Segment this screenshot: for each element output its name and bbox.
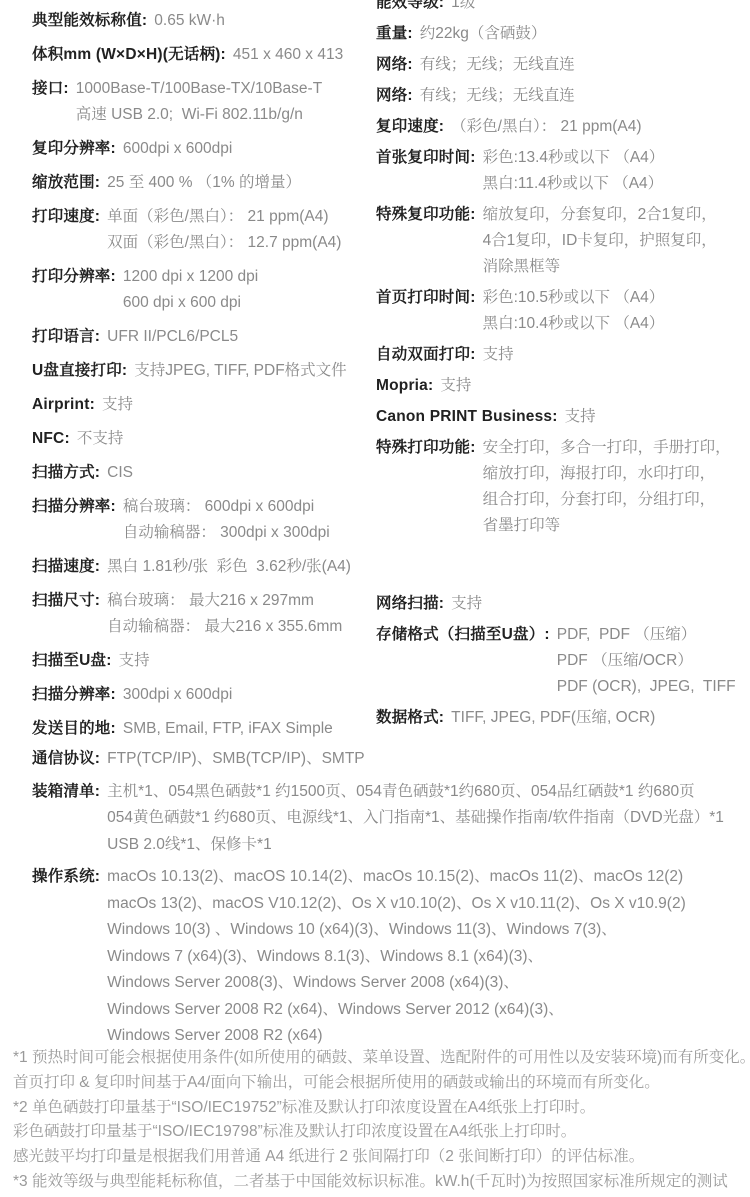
spec-label: 特殊打印功能:	[376, 435, 476, 461]
spec-value-line: 彩色:10.5秒或以下 （A4）	[483, 285, 665, 311]
spec-row: 扫描至U盘:支持	[32, 648, 376, 674]
spec-label: 扫描速度:	[32, 554, 100, 580]
spec-label: 装箱清单:	[32, 779, 100, 806]
spec-row: 体积mm (W×D×H)(无话柄):451 x 460 x 413	[32, 42, 376, 68]
spec-label: Canon PRINT Business:	[376, 404, 558, 430]
spec-value: 300dpi x 600dpi	[123, 682, 232, 708]
spec-label: 网络:	[376, 83, 413, 109]
spec-row: 缩放范围:25 至 400 % （1% 的增量）	[32, 170, 376, 196]
spec-value-line: 彩色:13.4秒或以下 （A4）	[483, 145, 665, 171]
spec-label: 首页打印时间:	[376, 285, 476, 311]
spec-value: FTP(TCP/IP)、SMB(TCP/IP)、SMTP	[107, 746, 364, 773]
spec-value: 支持JPEG, TIFF, PDF格式文件	[134, 358, 346, 384]
spec-value: 安全打印，多合一打印，手册打印，缩放打印，海报打印，水印打印，组合打印，分套打印…	[483, 435, 731, 539]
spec-value-line: CIS	[107, 460, 133, 486]
spec-value-line: FTP(TCP/IP)、SMB(TCP/IP)、SMTP	[107, 746, 364, 773]
spec-label: 扫描分辨率:	[32, 494, 116, 520]
spec-row: 打印速度:单面（彩色/黑白）： 21 ppm(A4)双面（彩色/黑白）： 12.…	[32, 204, 376, 256]
spec-label: 复印速度:	[376, 114, 444, 140]
spec-label: 数据格式:	[376, 705, 444, 731]
spec-value-line: Windows 7 (x64)(3)、Windows 8.1(3)、Window…	[107, 944, 686, 971]
spec-value: UFR II/PCL6/PCL5	[107, 324, 238, 350]
spec-value-line: 自动输稿器： 300dpi x 300dpi	[123, 520, 330, 546]
spec-label: NFC:	[32, 426, 70, 452]
spec-row: 发送目的地:SMB, Email, FTP, iFAX Simple	[32, 716, 376, 742]
spec-row: 扫描方式:CIS	[32, 460, 376, 486]
spec-value: 彩色:10.5秒或以下 （A4）黑白:10.4秒或以下 （A4）	[483, 285, 665, 337]
spec-value-line: 1200 dpi x 1200 dpi	[123, 264, 258, 290]
spec-label: 扫描方式:	[32, 460, 100, 486]
spec-value-line: 约22kg（含硒鼓）	[420, 21, 547, 47]
spec-value-line: macOs 13(2)、macOS V10.12(2)、Os X v10.10(…	[107, 891, 686, 918]
spec-label: 发送目的地:	[32, 716, 116, 742]
spec-value: SMB, Email, FTP, iFAX Simple	[123, 716, 333, 742]
spec-row: Mopria:支持	[376, 373, 750, 399]
spec-label: 首张复印时间:	[376, 145, 476, 171]
spec-value-line: 省墨打印等	[483, 513, 731, 539]
spec-label: Airprint:	[32, 392, 95, 418]
footnote-line: *3 能效等级与典型能耗标称值，二者基于中国能效标识标准。kW.h(千瓦时)为按…	[13, 1170, 748, 1195]
spec-value-line: 支持	[440, 373, 471, 399]
spec-row: 网络:有线；无线；无线直连	[376, 52, 750, 78]
spec-row: 能效等级:1级	[376, 0, 750, 16]
spec-value-line: 1级	[451, 0, 475, 16]
spec-row: NFC:不支持	[32, 426, 376, 452]
spec-label: 缩放范围:	[32, 170, 100, 196]
spec-value: 黑白 1.81秒/张 彩色 3.62秒/张(A4)	[107, 554, 351, 580]
spec-value-line: SMB, Email, FTP, iFAX Simple	[123, 716, 333, 742]
spec-column-left: 典型能效标称值:0.65 kW·h体积mm (W×D×H)(无话柄):451 x…	[32, 8, 376, 750]
spec-value-line: 600 dpi x 600 dpi	[123, 290, 258, 316]
spec-label: 复印分辨率:	[32, 136, 116, 162]
spec-value: macOs 10.13(2)、macOS 10.14(2)、macOs 10.1…	[107, 864, 686, 1050]
spec-value-line: （彩色/黑白）： 21 ppm(A4)	[451, 114, 641, 140]
footnote-line: 彩色硒鼓打印量基于“ISO/IEC19798”标准及默认打印浓度设置在A4纸张上…	[13, 1120, 748, 1145]
spec-row: U盘直接打印:支持JPEG, TIFF, PDF格式文件	[32, 358, 376, 384]
spec-value-line: 支持	[565, 404, 596, 430]
spec-value: 1000Base-T/100Base-TX/10Base-T高速 USB 2.0…	[76, 76, 322, 128]
spec-value-line: 有线；无线；无线直连	[420, 52, 575, 78]
spec-row: 打印分辨率:1200 dpi x 1200 dpi600 dpi x 600 d…	[32, 264, 376, 316]
spec-value-line: Windows Server 2008 R2 (x64)、Windows Ser…	[107, 997, 686, 1024]
spec-label: 扫描至U盘:	[32, 648, 112, 674]
spec-value-line: 支持	[102, 392, 133, 418]
spec-row: 装箱清单:主机*1、054黑色硒鼓*1 约1500页、054青色硒鼓*1约680…	[32, 779, 750, 859]
spec-value: 25 至 400 % （1% 的增量）	[107, 170, 301, 196]
spec-value: 支持	[483, 342, 514, 368]
spec-value-line: 高速 USB 2.0; Wi-Fi 802.11b/g/n	[76, 102, 322, 128]
spec-value-line: 支持	[119, 648, 150, 674]
printer-spec-sheet: 典型能效标称值:0.65 kW·h体积mm (W×D×H)(无话柄):451 x…	[0, 0, 750, 1197]
spec-label: 能效等级:	[376, 0, 444, 16]
spec-value: 600dpi x 600dpi	[123, 136, 232, 162]
spec-value-line: UFR II/PCL6/PCL5	[107, 324, 238, 350]
spec-value: 稿台玻璃： 最大216 x 297mm自动输稿器： 最大216 x 355.6m…	[107, 588, 342, 640]
spec-row: 首页打印时间:彩色:10.5秒或以下 （A4）黑白:10.4秒或以下 （A4）	[376, 285, 750, 337]
spec-row: 重量:约22kg（含硒鼓）	[376, 21, 750, 47]
spec-value-line: 0.65 kW·h	[154, 8, 225, 34]
spec-row: 网络:有线；无线；无线直连	[376, 83, 750, 109]
spec-value: TIFF, JPEG, PDF(压缩, OCR)	[451, 705, 655, 731]
spec-label: 网络扫描:	[376, 591, 444, 617]
spec-label: 特殊复印功能:	[376, 202, 476, 228]
spec-row: 扫描尺寸:稿台玻璃： 最大216 x 297mm自动输稿器： 最大216 x 3…	[32, 588, 376, 640]
spec-value-line: 054黄色硒鼓*1 约680页、电源线*1、入门指南*1、基础操作指南/软件指南…	[107, 805, 724, 832]
spec-row: 扫描分辨率:300dpi x 600dpi	[32, 682, 376, 708]
spec-label: Mopria:	[376, 373, 433, 399]
spec-row: 接口:1000Base-T/100Base-TX/10Base-T高速 USB …	[32, 76, 376, 128]
spec-value: 1200 dpi x 1200 dpi600 dpi x 600 dpi	[123, 264, 258, 316]
spec-label: 打印分辨率:	[32, 264, 116, 290]
spec-rows-bottom: 通信协议:FTP(TCP/IP)、SMB(TCP/IP)、SMTP装箱清单:主机…	[32, 746, 750, 1056]
spec-label: 自动双面打印:	[376, 342, 476, 368]
spec-value-line: 消除黑框等	[483, 254, 717, 280]
spec-value-line: 自动输稿器： 最大216 x 355.6mm	[107, 614, 342, 640]
spec-value: 支持	[440, 373, 471, 399]
spec-value-line: 25 至 400 % （1% 的增量）	[107, 170, 301, 196]
spec-row: 操作系统:macOs 10.13(2)、macOS 10.14(2)、macOs…	[32, 864, 750, 1050]
spec-value-line: 黑白:11.4秒或以下 （A4）	[483, 171, 665, 197]
spec-value-line: 缩放复印，分套复印，2合1复印，	[483, 202, 717, 228]
spec-value-line: Windows 10(3) 、Windows 10 (x64)(3)、Windo…	[107, 917, 686, 944]
spec-value: PDF, PDF （压缩）PDF （压缩/OCR）PDF (OCR), JPEG…	[557, 622, 736, 700]
spec-value: 彩色:13.4秒或以下 （A4）黑白:11.4秒或以下 （A4）	[483, 145, 665, 197]
spec-row: 自动双面打印:支持	[376, 342, 750, 368]
spec-value: CIS	[107, 460, 133, 486]
footnote-line: 首页打印 & 复印时间基于A4/面向下输出，可能会根据所使用的硒鼓或输出的环境而…	[13, 1071, 748, 1096]
spec-value: 0.65 kW·h	[154, 8, 225, 34]
spec-value: 支持	[119, 648, 150, 674]
spec-value-line: 黑白:10.4秒或以下 （A4）	[483, 311, 665, 337]
spec-value-line: 支持	[483, 342, 514, 368]
spec-row: 通信协议:FTP(TCP/IP)、SMB(TCP/IP)、SMTP	[32, 746, 750, 773]
spec-label: 扫描尺寸:	[32, 588, 100, 614]
spec-label: 重量:	[376, 21, 413, 47]
spec-row: 典型能效标称值:0.65 kW·h	[32, 8, 376, 34]
spec-label: 典型能效标称值:	[32, 8, 147, 34]
spec-value: 稿台玻璃： 600dpi x 600dpi自动输稿器： 300dpi x 300…	[123, 494, 330, 546]
spec-row: 特殊复印功能:缩放复印，分套复印，2合1复印，4合1复印，ID卡复印，护照复印，…	[376, 202, 750, 280]
spec-value-line: 稿台玻璃： 最大216 x 297mm	[107, 588, 342, 614]
spec-value: 支持	[451, 591, 482, 617]
spec-value: 缩放复印，分套复印，2合1复印，4合1复印，ID卡复印，护照复印，消除黑框等	[483, 202, 717, 280]
spec-value-line: 不支持	[77, 426, 124, 452]
spec-value: 约22kg（含硒鼓）	[420, 21, 547, 47]
spec-row: 网络扫描:支持	[376, 591, 750, 617]
spec-value-line: PDF （压缩/OCR）	[557, 648, 736, 674]
spec-label: 接口:	[32, 76, 69, 102]
footnotes: *1 预热时间可能会根据使用条件(如所使用的硒鼓、菜单设置、选配附件的可用性以及…	[13, 1046, 748, 1195]
spec-row: 复印速度:（彩色/黑白）： 21 ppm(A4)	[376, 114, 750, 140]
spec-label: 通信协议:	[32, 746, 100, 773]
footnote-line: 感光鼓平均打印量是根据我们用普通 A4 纸进行 2 张间隔打印（2 张间断打印）…	[13, 1145, 748, 1170]
spec-value: 支持	[102, 392, 133, 418]
spec-label: 扫描分辨率:	[32, 682, 116, 708]
spec-value-line: macOs 10.13(2)、macOS 10.14(2)、macOs 10.1…	[107, 864, 686, 891]
spec-value-line: 双面（彩色/黑白）： 12.7 ppm(A4)	[107, 230, 341, 256]
spec-row: 数据格式:TIFF, JPEG, PDF(压缩, OCR)	[376, 705, 750, 731]
spec-value-line: 4合1复印，ID卡复印，护照复印，	[483, 228, 717, 254]
spec-value: 1级	[451, 0, 475, 16]
footnote-line: *2 单色硒鼓打印量基于“ISO/IEC19752”标准及默认打印浓度设置在A4…	[13, 1096, 748, 1121]
spec-row: 复印分辨率:600dpi x 600dpi	[32, 136, 376, 162]
spec-value-line: USB 2.0线*1、保修卡*1	[107, 832, 724, 859]
spec-value-line: 有线；无线；无线直连	[420, 83, 575, 109]
spec-value: 有线；无线；无线直连	[420, 52, 575, 78]
spec-value-line: 支持	[451, 591, 482, 617]
spec-label: 打印语言:	[32, 324, 100, 350]
spec-column-right: 能效等级:1级重量:约22kg（含硒鼓）网络:有线；无线；无线直连网络:有线；无…	[376, 0, 750, 736]
spec-row: 存储格式（扫描至U盘）:PDF, PDF （压缩）PDF （压缩/OCR）PDF…	[376, 622, 750, 700]
spec-value-line: TIFF, JPEG, PDF(压缩, OCR)	[451, 705, 655, 731]
spec-value-line: 主机*1、054黑色硒鼓*1 约1500页、054青色硒鼓*1约680页、054…	[107, 779, 724, 806]
spec-row: Airprint:支持	[32, 392, 376, 418]
spec-value-line: 缩放打印，海报打印，水印打印，	[483, 461, 731, 487]
spec-value-line: 安全打印，多合一打印，手册打印，	[483, 435, 731, 461]
spec-value: 有线；无线；无线直连	[420, 83, 575, 109]
spec-label: 存储格式（扫描至U盘）:	[376, 622, 550, 648]
spec-label: 打印速度:	[32, 204, 100, 230]
spec-value-line: 单面（彩色/黑白）： 21 ppm(A4)	[107, 204, 341, 230]
spec-value-line: 1000Base-T/100Base-TX/10Base-T	[76, 76, 322, 102]
spec-value-line: 600dpi x 600dpi	[123, 136, 232, 162]
spec-value-line: 黑白 1.81秒/张 彩色 3.62秒/张(A4)	[107, 554, 351, 580]
spec-value-line: 451 x 460 x 413	[233, 42, 343, 68]
spec-label: 体积mm (W×D×H)(无话柄):	[32, 42, 226, 68]
spec-row: 扫描速度:黑白 1.81秒/张 彩色 3.62秒/张(A4)	[32, 554, 376, 580]
spec-value-line: PDF (OCR), JPEG, TIFF	[557, 674, 736, 700]
spec-label: U盘直接打印:	[32, 358, 127, 384]
spec-label: 网络:	[376, 52, 413, 78]
spec-value-line: 支持JPEG, TIFF, PDF格式文件	[134, 358, 346, 384]
spec-value: 主机*1、054黑色硒鼓*1 约1500页、054青色硒鼓*1约680页、054…	[107, 779, 724, 859]
footnote-line: *1 预热时间可能会根据使用条件(如所使用的硒鼓、菜单设置、选配附件的可用性以及…	[13, 1046, 748, 1071]
spec-value-line: Windows Server 2008(3)、Windows Server 20…	[107, 970, 686, 997]
spec-value: 451 x 460 x 413	[233, 42, 343, 68]
spec-value: 支持	[565, 404, 596, 430]
spec-row: 首张复印时间:彩色:13.4秒或以下 （A4）黑白:11.4秒或以下 （A4）	[376, 145, 750, 197]
spec-value: （彩色/黑白）： 21 ppm(A4)	[451, 114, 641, 140]
spec-value-line: 组合打印，分套打印，分组打印，	[483, 487, 731, 513]
spec-label: 操作系统:	[32, 864, 100, 891]
spec-row: 特殊打印功能:安全打印，多合一打印，手册打印，缩放打印，海报打印，水印打印，组合…	[376, 435, 750, 539]
spec-value-line: 300dpi x 600dpi	[123, 682, 232, 708]
spec-value-line: 稿台玻璃： 600dpi x 600dpi	[123, 494, 330, 520]
spec-value-line: PDF, PDF （压缩）	[557, 622, 736, 648]
spec-value: 单面（彩色/黑白）： 21 ppm(A4)双面（彩色/黑白）： 12.7 ppm…	[107, 204, 341, 256]
spec-row: Canon PRINT Business:支持	[376, 404, 750, 430]
spec-row: 扫描分辨率:稿台玻璃： 600dpi x 600dpi自动输稿器： 300dpi…	[32, 494, 376, 546]
spec-row: 打印语言:UFR II/PCL6/PCL5	[32, 324, 376, 350]
spec-value: 不支持	[77, 426, 124, 452]
